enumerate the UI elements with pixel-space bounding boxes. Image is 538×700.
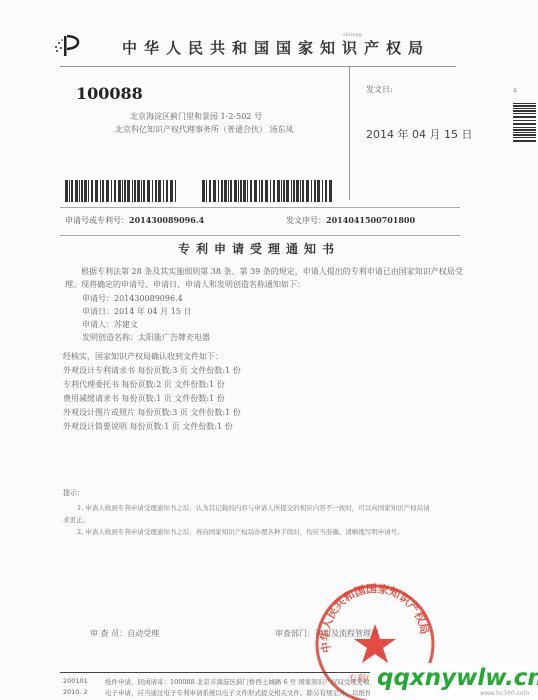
document-row: 费用减缓请求书 每份页数:1 页 文件份数:1 份 [63, 393, 225, 404]
tips-label: 提示： [63, 488, 84, 498]
cnipa-logo-icon [52, 33, 82, 57]
document-row: 外观设计简要说明 每份页数:1 页 文件份数:1 份 [63, 421, 233, 432]
dispatch-date: 2014 年 04 月 15 日 [366, 126, 472, 142]
vertical-barcode [513, 103, 536, 143]
vertical-divider [349, 66, 350, 200]
document-row: 外观设计图片或照片 每份页数:3 页 文件份数:1 份 [63, 407, 241, 418]
barcode-application [65, 180, 177, 202]
field-invention-name: 发明创造名称：太阳能广告牌充电器 [82, 332, 210, 343]
footer-code: 2010. 2 [63, 688, 88, 696]
header-divider [60, 66, 456, 67]
tip-item: 1. 申请人收到专利申请受理通知书之后，认为其记载的内容与申请人所提交的相应内容… [63, 502, 433, 526]
address-line-1: 北京海淀区蓟门里和景园 1-2-502 号 [130, 111, 262, 122]
footer-code: 200101 [63, 677, 88, 685]
serial-number: 发文序号：2014041500701800 [286, 215, 415, 226]
authority-name: 中华人民共和国国家知识产权局 [122, 37, 430, 58]
examiner: 审 查 员：自动受理 [90, 628, 159, 639]
postcode: 100088 [76, 84, 143, 103]
footer-text: 纸件申请，回函请寄：100088 北京市海淀区蓟门桥西土城路 6 号 国家知识产… [105, 677, 370, 686]
notice-title: 专利申请受理通知书 [178, 240, 340, 257]
tiny-label: shitong [343, 32, 362, 38]
barcode-divider [60, 207, 460, 208]
watermark: qqxnywlw.cn [377, 665, 538, 691]
watermark-small: www.hc360.com [480, 690, 529, 697]
document-row: 专利代理委托书 每份页数:2 页 文件份数:1 份 [63, 379, 225, 390]
document-row: 外观设计专利请求书 每份页数:3 页 文件份数:1 份 [63, 365, 241, 376]
field-application-no: 申请号：201430089096.4 [82, 293, 183, 304]
vertical-barcode-label: ш [512, 88, 518, 93]
address-line-2: 北京科亿知识产权代理事务所（普通合伙） 汤东凤 [115, 124, 294, 135]
notice-intro: 根据专利法第 28 条及其实施细则第 38 条、第 39 条的规定，申请人提出的… [65, 265, 465, 291]
application-number: 申请号或专利号：201430089096.4 [65, 215, 204, 226]
field-applicant: 申请人：苏建文 [82, 319, 138, 330]
seal-star-icon [354, 624, 396, 663]
documents-heading: 经核实，国家知识产权局确认收到文件如下： [63, 351, 223, 362]
field-filing-date: 申请日：2014 年 04 月 15 日 [82, 306, 191, 317]
dispatch-date-label: 发文日: [366, 84, 393, 95]
title-divider [60, 235, 460, 236]
barcode-serial [202, 180, 332, 202]
tip-item: 2. 申请人收到专利申请受理通知书之后，再向国家知识产权局办理各种手续时，均应当… [63, 526, 463, 538]
